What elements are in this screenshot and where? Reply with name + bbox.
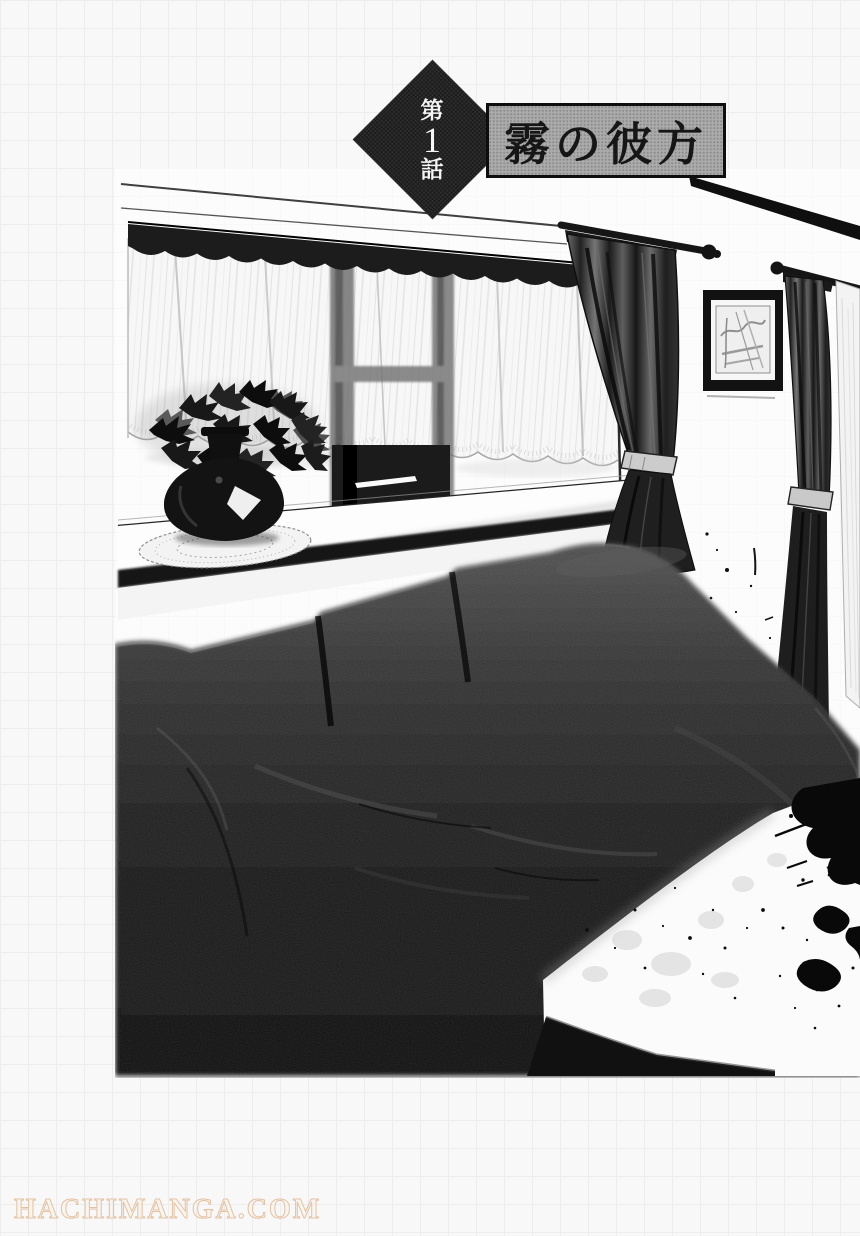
watermark-text: HACHIMANGA.COM [14, 1194, 321, 1225]
chapter-number-label: 第 1 話 [392, 76, 472, 204]
manga-page: 第 1 話 霧の彼方 HACHIMANGA.COM [0, 0, 860, 1236]
chapter-prefix-char: 第 [421, 99, 444, 122]
watermark: HACHIMANGA.COM [10, 1188, 330, 1232]
chapter-suffix-char: 話 [421, 158, 444, 181]
framed-picture [703, 290, 783, 398]
episode-title-box: 霧の彼方 [486, 103, 726, 178]
episode-title-text: 霧の彼方 [504, 108, 708, 174]
living-room-illustration [115, 168, 860, 1078]
chapter-number-char: 1 [423, 125, 441, 156]
